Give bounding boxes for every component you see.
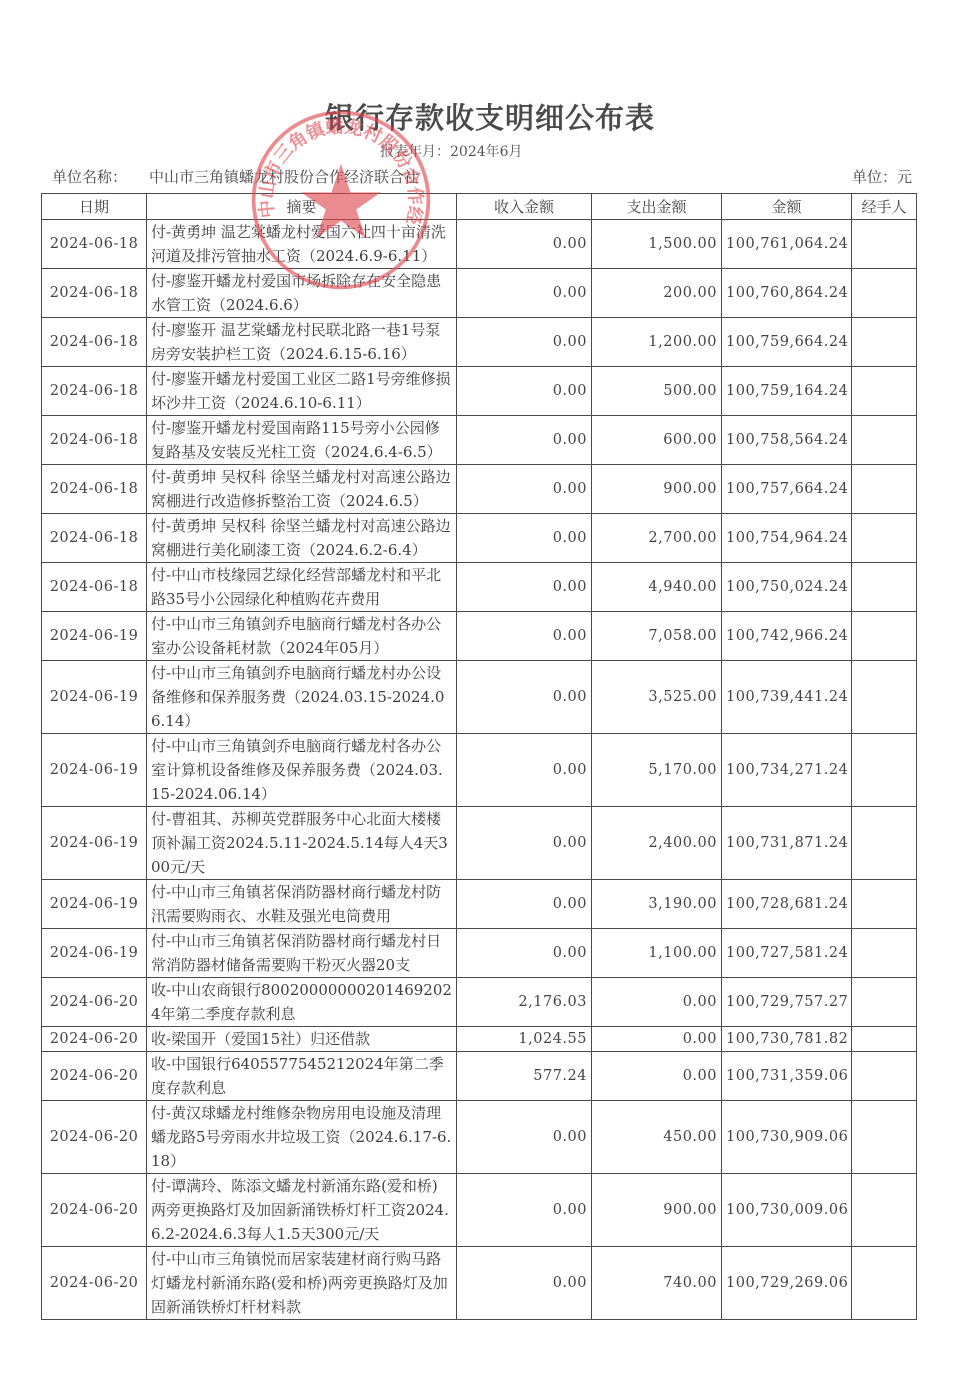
income-cell: 0.00: [457, 318, 592, 367]
date-cell: 2024-06-18: [42, 416, 147, 465]
org-label: 单位名称：: [52, 168, 127, 186]
date-cell: 2024-06-18: [42, 514, 147, 563]
expense-cell: 0.00: [592, 1052, 722, 1101]
table-row: 2024-06-18付-中山市枝缘园艺绿化经营部蟠龙村和平北路35号小公园绿化种…: [42, 563, 917, 612]
table-row: 2024-06-20收-梁国开（爱国15社）归还借款1,024.550.0010…: [42, 1027, 917, 1052]
memo-cell: 付-廖鉴开 温艺棠蟠龙村民联北路一巷1号泵房旁安装护栏工资（2024.6.15-…: [147, 318, 457, 367]
table-row: 2024-06-20付-中山市三角镇悦而居家装建材商行购马路灯蟠龙村新涌东路(爱…: [42, 1247, 917, 1320]
handler-cell: [852, 220, 917, 269]
table-row: 2024-06-18付-廖鉴开 温艺棠蟠龙村民联北路一巷1号泵房旁安装护栏工资（…: [42, 318, 917, 367]
date-cell: 2024-06-20: [42, 1247, 147, 1320]
expense-cell: 0.00: [592, 978, 722, 1027]
org-line: 单位名称：中山市三角镇蟠龙村股份合作经济联合社 单位：元: [52, 166, 912, 187]
balance-cell: 100,728,681.24: [722, 880, 852, 929]
date-cell: 2024-06-19: [42, 929, 147, 978]
org-name: 中山市三角镇蟠龙村股份合作经济联合社: [149, 168, 419, 186]
balance-cell: 100,727,581.24: [722, 929, 852, 978]
date-cell: 2024-06-20: [42, 1027, 147, 1052]
memo-cell: 收-梁国开（爱国15社）归还借款: [147, 1027, 457, 1052]
memo-cell: 付-中山市三角镇剑乔电脑商行蟠龙村各办公室计算机设备维修及保养服务费（2024.…: [147, 734, 457, 807]
table-row: 2024-06-19付-曹祖其、苏柳英党群服务中心北面大楼楼顶补漏工资2024.…: [42, 807, 917, 880]
memo-cell: 付-中山市三角镇剑乔电脑商行蟠龙村各办公室办公设备耗材款（2024年05月）: [147, 612, 457, 661]
report-period-value: 2024年6月: [450, 144, 523, 160]
handler-cell: [852, 1101, 917, 1174]
document-title: 银行存款收支明细公布表: [0, 96, 980, 137]
income-cell: 0.00: [457, 465, 592, 514]
expense-cell: 1,100.00: [592, 929, 722, 978]
expense-cell: 740.00: [592, 1247, 722, 1320]
handler-cell: [852, 661, 917, 734]
memo-cell: 付-廖鉴开蟠龙村爱国市场拆除存在安全隐患水管工资（2024.6.6）: [147, 269, 457, 318]
memo-cell: 付-黄勇坤 吴权科 徐坚兰蟠龙村对高速公路边窝棚进行改造修拆整治工资（2024.…: [147, 465, 457, 514]
memo-cell: 收-中国银行6405577545212024年第二季度存款利息: [147, 1052, 457, 1101]
date-cell: 2024-06-19: [42, 734, 147, 807]
memo-cell: 付-黄勇坤 温艺棠蟠龙村爱国六社四十亩清洗河道及排污管抽水工资（2024.6.9…: [147, 220, 457, 269]
table-row: 2024-06-18付-廖鉴开蟠龙村爱国工业区二路1号旁维修损坏沙井工资（202…: [42, 367, 917, 416]
memo-cell: 付-中山市三角镇茗保消防器材商行蟠龙村防汛需要购雨衣、水鞋及强光电筒费用: [147, 880, 457, 929]
expense-cell: 3,190.00: [592, 880, 722, 929]
income-cell: 0.00: [457, 1101, 592, 1174]
ledger-table: 日期摘要收入金额支出金额金额经手人 2024-06-18付-黄勇坤 温艺棠蟠龙村…: [41, 193, 917, 1320]
memo-cell: 付-廖鉴开蟠龙村爱国南路115号旁小公园修复路基及安装反光柱工资（2024.6.…: [147, 416, 457, 465]
unit-label: 单位：元: [852, 166, 912, 187]
date-cell: 2024-06-19: [42, 661, 147, 734]
expense-cell: 1,500.00: [592, 220, 722, 269]
income-cell: 0.00: [457, 563, 592, 612]
handler-cell: [852, 1052, 917, 1101]
memo-cell: 付-谭满玲、陈添文蟠龙村新涌东路(爱和桥)两旁更换路灯及加固新涌铁桥灯杆工资20…: [147, 1174, 457, 1247]
memo-cell: 收-中山农商银行800200000002014692024年第二季度存款利息: [147, 978, 457, 1027]
handler-cell: [852, 269, 917, 318]
handler-cell: [852, 416, 917, 465]
balance-cell: 100,734,271.24: [722, 734, 852, 807]
expense-cell: 3,525.00: [592, 661, 722, 734]
expense-cell: 5,170.00: [592, 734, 722, 807]
income-cell: 0.00: [457, 612, 592, 661]
date-cell: 2024-06-19: [42, 880, 147, 929]
handler-cell: [852, 612, 917, 661]
memo-cell: 付-曹祖其、苏柳英党群服务中心北面大楼楼顶补漏工资2024.5.11-2024.…: [147, 807, 457, 880]
balance-cell: 100,754,964.24: [722, 514, 852, 563]
balance-cell: 100,760,864.24: [722, 269, 852, 318]
table-row: 2024-06-19付-中山市三角镇剑乔电脑商行蟠龙村各办公室计算机设备维修及保…: [42, 734, 917, 807]
balance-cell: 100,730,781.82: [722, 1027, 852, 1052]
handler-cell: [852, 367, 917, 416]
memo-cell: 付-中山市三角镇茗保消防器材商行蟠龙村日常消防器材储备需要购干粉灭火器20支: [147, 929, 457, 978]
expense-cell: 2,700.00: [592, 514, 722, 563]
date-cell: 2024-06-20: [42, 1174, 147, 1247]
table-row: 2024-06-19付-中山市三角镇剑乔电脑商行蟠龙村各办公室办公设备耗材款（2…: [42, 612, 917, 661]
balance-cell: 100,750,024.24: [722, 563, 852, 612]
document-title-text: 银行存款收支明细公布表: [325, 101, 655, 135]
balance-cell: 100,757,664.24: [722, 465, 852, 514]
header-income: 收入金额: [457, 194, 592, 220]
expense-cell: 0.00: [592, 1027, 722, 1052]
memo-cell: 付-黄汉球蟠龙村维修杂物房用电设施及清理蟠龙路5号旁雨水井垃圾工资（2024.6…: [147, 1101, 457, 1174]
memo-cell: 付-中山市三角镇剑乔电脑商行蟠龙村办公设备维修和保养服务费（2024.03.15…: [147, 661, 457, 734]
income-cell: 577.24: [457, 1052, 592, 1101]
expense-cell: 450.00: [592, 1101, 722, 1174]
handler-cell: [852, 1174, 917, 1247]
balance-cell: 100,730,909.06: [722, 1101, 852, 1174]
expense-cell: 900.00: [592, 465, 722, 514]
handler-cell: [852, 978, 917, 1027]
balance-cell: 100,739,441.24: [722, 661, 852, 734]
date-cell: 2024-06-20: [42, 978, 147, 1027]
income-cell: 0.00: [457, 220, 592, 269]
table-row: 2024-06-18付-黄勇坤 温艺棠蟠龙村爱国六社四十亩清洗河道及排污管抽水工…: [42, 220, 917, 269]
expense-cell: 900.00: [592, 1174, 722, 1247]
header-expense: 支出金额: [592, 194, 722, 220]
income-cell: 0.00: [457, 807, 592, 880]
date-cell: 2024-06-18: [42, 220, 147, 269]
income-cell: 0.00: [457, 1174, 592, 1247]
income-cell: 0.00: [457, 514, 592, 563]
income-cell: 0.00: [457, 929, 592, 978]
date-cell: 2024-06-20: [42, 1101, 147, 1174]
table-row: 2024-06-18付-黄勇坤 吴权科 徐坚兰蟠龙村对高速公路边窝棚进行改造修拆…: [42, 465, 917, 514]
income-cell: 0.00: [457, 269, 592, 318]
table-row: 2024-06-18付-黄勇坤 吴权科 徐坚兰蟠龙村对高速公路边窝棚进行美化刷漆…: [42, 514, 917, 563]
balance-cell: 100,730,009.06: [722, 1174, 852, 1247]
handler-cell: [852, 880, 917, 929]
income-cell: 0.00: [457, 734, 592, 807]
table-row: 2024-06-19付-中山市三角镇茗保消防器材商行蟠龙村日常消防器材储备需要购…: [42, 929, 917, 978]
balance-cell: 100,761,064.24: [722, 220, 852, 269]
balance-cell: 100,759,164.24: [722, 367, 852, 416]
expense-cell: 7,058.00: [592, 612, 722, 661]
header-handler: 经手人: [852, 194, 917, 220]
table-row: 2024-06-19付-中山市三角镇剑乔电脑商行蟠龙村办公设备维修和保养服务费（…: [42, 661, 917, 734]
handler-cell: [852, 1247, 917, 1320]
report-period-label: 报表年月：: [380, 144, 450, 160]
table-row: 2024-06-20收-中国银行6405577545212024年第二季度存款利…: [42, 1052, 917, 1101]
report-period: 报表年月：2024年6月: [380, 141, 523, 161]
table-row: 2024-06-19付-中山市三角镇茗保消防器材商行蟠龙村防汛需要购雨衣、水鞋及…: [42, 880, 917, 929]
expense-cell: 200.00: [592, 269, 722, 318]
balance-cell: 100,759,664.24: [722, 318, 852, 367]
memo-cell: 付-中山市三角镇悦而居家装建材商行购马路灯蟠龙村新涌东路(爱和桥)两旁更换路灯及…: [147, 1247, 457, 1320]
balance-cell: 100,731,359.06: [722, 1052, 852, 1101]
table-row: 2024-06-18付-廖鉴开蟠龙村爱国市场拆除存在安全隐患水管工资（2024.…: [42, 269, 917, 318]
date-cell: 2024-06-18: [42, 367, 147, 416]
org-info: 单位名称：中山市三角镇蟠龙村股份合作经济联合社: [52, 166, 419, 187]
income-cell: 0.00: [457, 661, 592, 734]
memo-cell: 付-黄勇坤 吴权科 徐坚兰蟠龙村对高速公路边窝棚进行美化刷漆工资（2024.6.…: [147, 514, 457, 563]
income-cell: 2,176.03: [457, 978, 592, 1027]
date-cell: 2024-06-18: [42, 465, 147, 514]
income-cell: 0.00: [457, 880, 592, 929]
handler-cell: [852, 563, 917, 612]
expense-cell: 4,940.00: [592, 563, 722, 612]
handler-cell: [852, 465, 917, 514]
date-cell: 2024-06-20: [42, 1052, 147, 1101]
expense-cell: 2,400.00: [592, 807, 722, 880]
balance-cell: 100,731,871.24: [722, 807, 852, 880]
date-cell: 2024-06-19: [42, 807, 147, 880]
income-cell: 1,024.55: [457, 1027, 592, 1052]
header-date: 日期: [42, 194, 147, 220]
expense-cell: 1,200.00: [592, 318, 722, 367]
income-cell: 0.00: [457, 416, 592, 465]
table-row: 2024-06-20收-中山农商银行800200000002014692024年…: [42, 978, 917, 1027]
balance-cell: 100,758,564.24: [722, 416, 852, 465]
balance-cell: 100,742,966.24: [722, 612, 852, 661]
handler-cell: [852, 1027, 917, 1052]
balance-cell: 100,729,757.27: [722, 978, 852, 1027]
table-row: 2024-06-20付-黄汉球蟠龙村维修杂物房用电设施及清理蟠龙路5号旁雨水井垃…: [42, 1101, 917, 1174]
handler-cell: [852, 807, 917, 880]
table-row: 2024-06-18付-廖鉴开蟠龙村爱国南路115号旁小公园修复路基及安装反光柱…: [42, 416, 917, 465]
income-cell: 0.00: [457, 1247, 592, 1320]
handler-cell: [852, 929, 917, 978]
date-cell: 2024-06-19: [42, 612, 147, 661]
date-cell: 2024-06-18: [42, 318, 147, 367]
memo-cell: 付-廖鉴开蟠龙村爱国工业区二路1号旁维修损坏沙井工资（2024.6.10-6.1…: [147, 367, 457, 416]
table-row: 2024-06-20付-谭满玲、陈添文蟠龙村新涌东路(爱和桥)两旁更换路灯及加固…: [42, 1174, 917, 1247]
date-cell: 2024-06-18: [42, 269, 147, 318]
date-cell: 2024-06-18: [42, 563, 147, 612]
income-cell: 0.00: [457, 367, 592, 416]
expense-cell: 600.00: [592, 416, 722, 465]
table-header-row: 日期摘要收入金额支出金额金额经手人: [42, 194, 917, 220]
handler-cell: [852, 318, 917, 367]
header-memo: 摘要: [147, 194, 457, 220]
balance-cell: 100,729,269.06: [722, 1247, 852, 1320]
handler-cell: [852, 514, 917, 563]
handler-cell: [852, 734, 917, 807]
header-balance: 金额: [722, 194, 852, 220]
memo-cell: 付-中山市枝缘园艺绿化经营部蟠龙村和平北路35号小公园绿化种植购花卉费用: [147, 563, 457, 612]
expense-cell: 500.00: [592, 367, 722, 416]
